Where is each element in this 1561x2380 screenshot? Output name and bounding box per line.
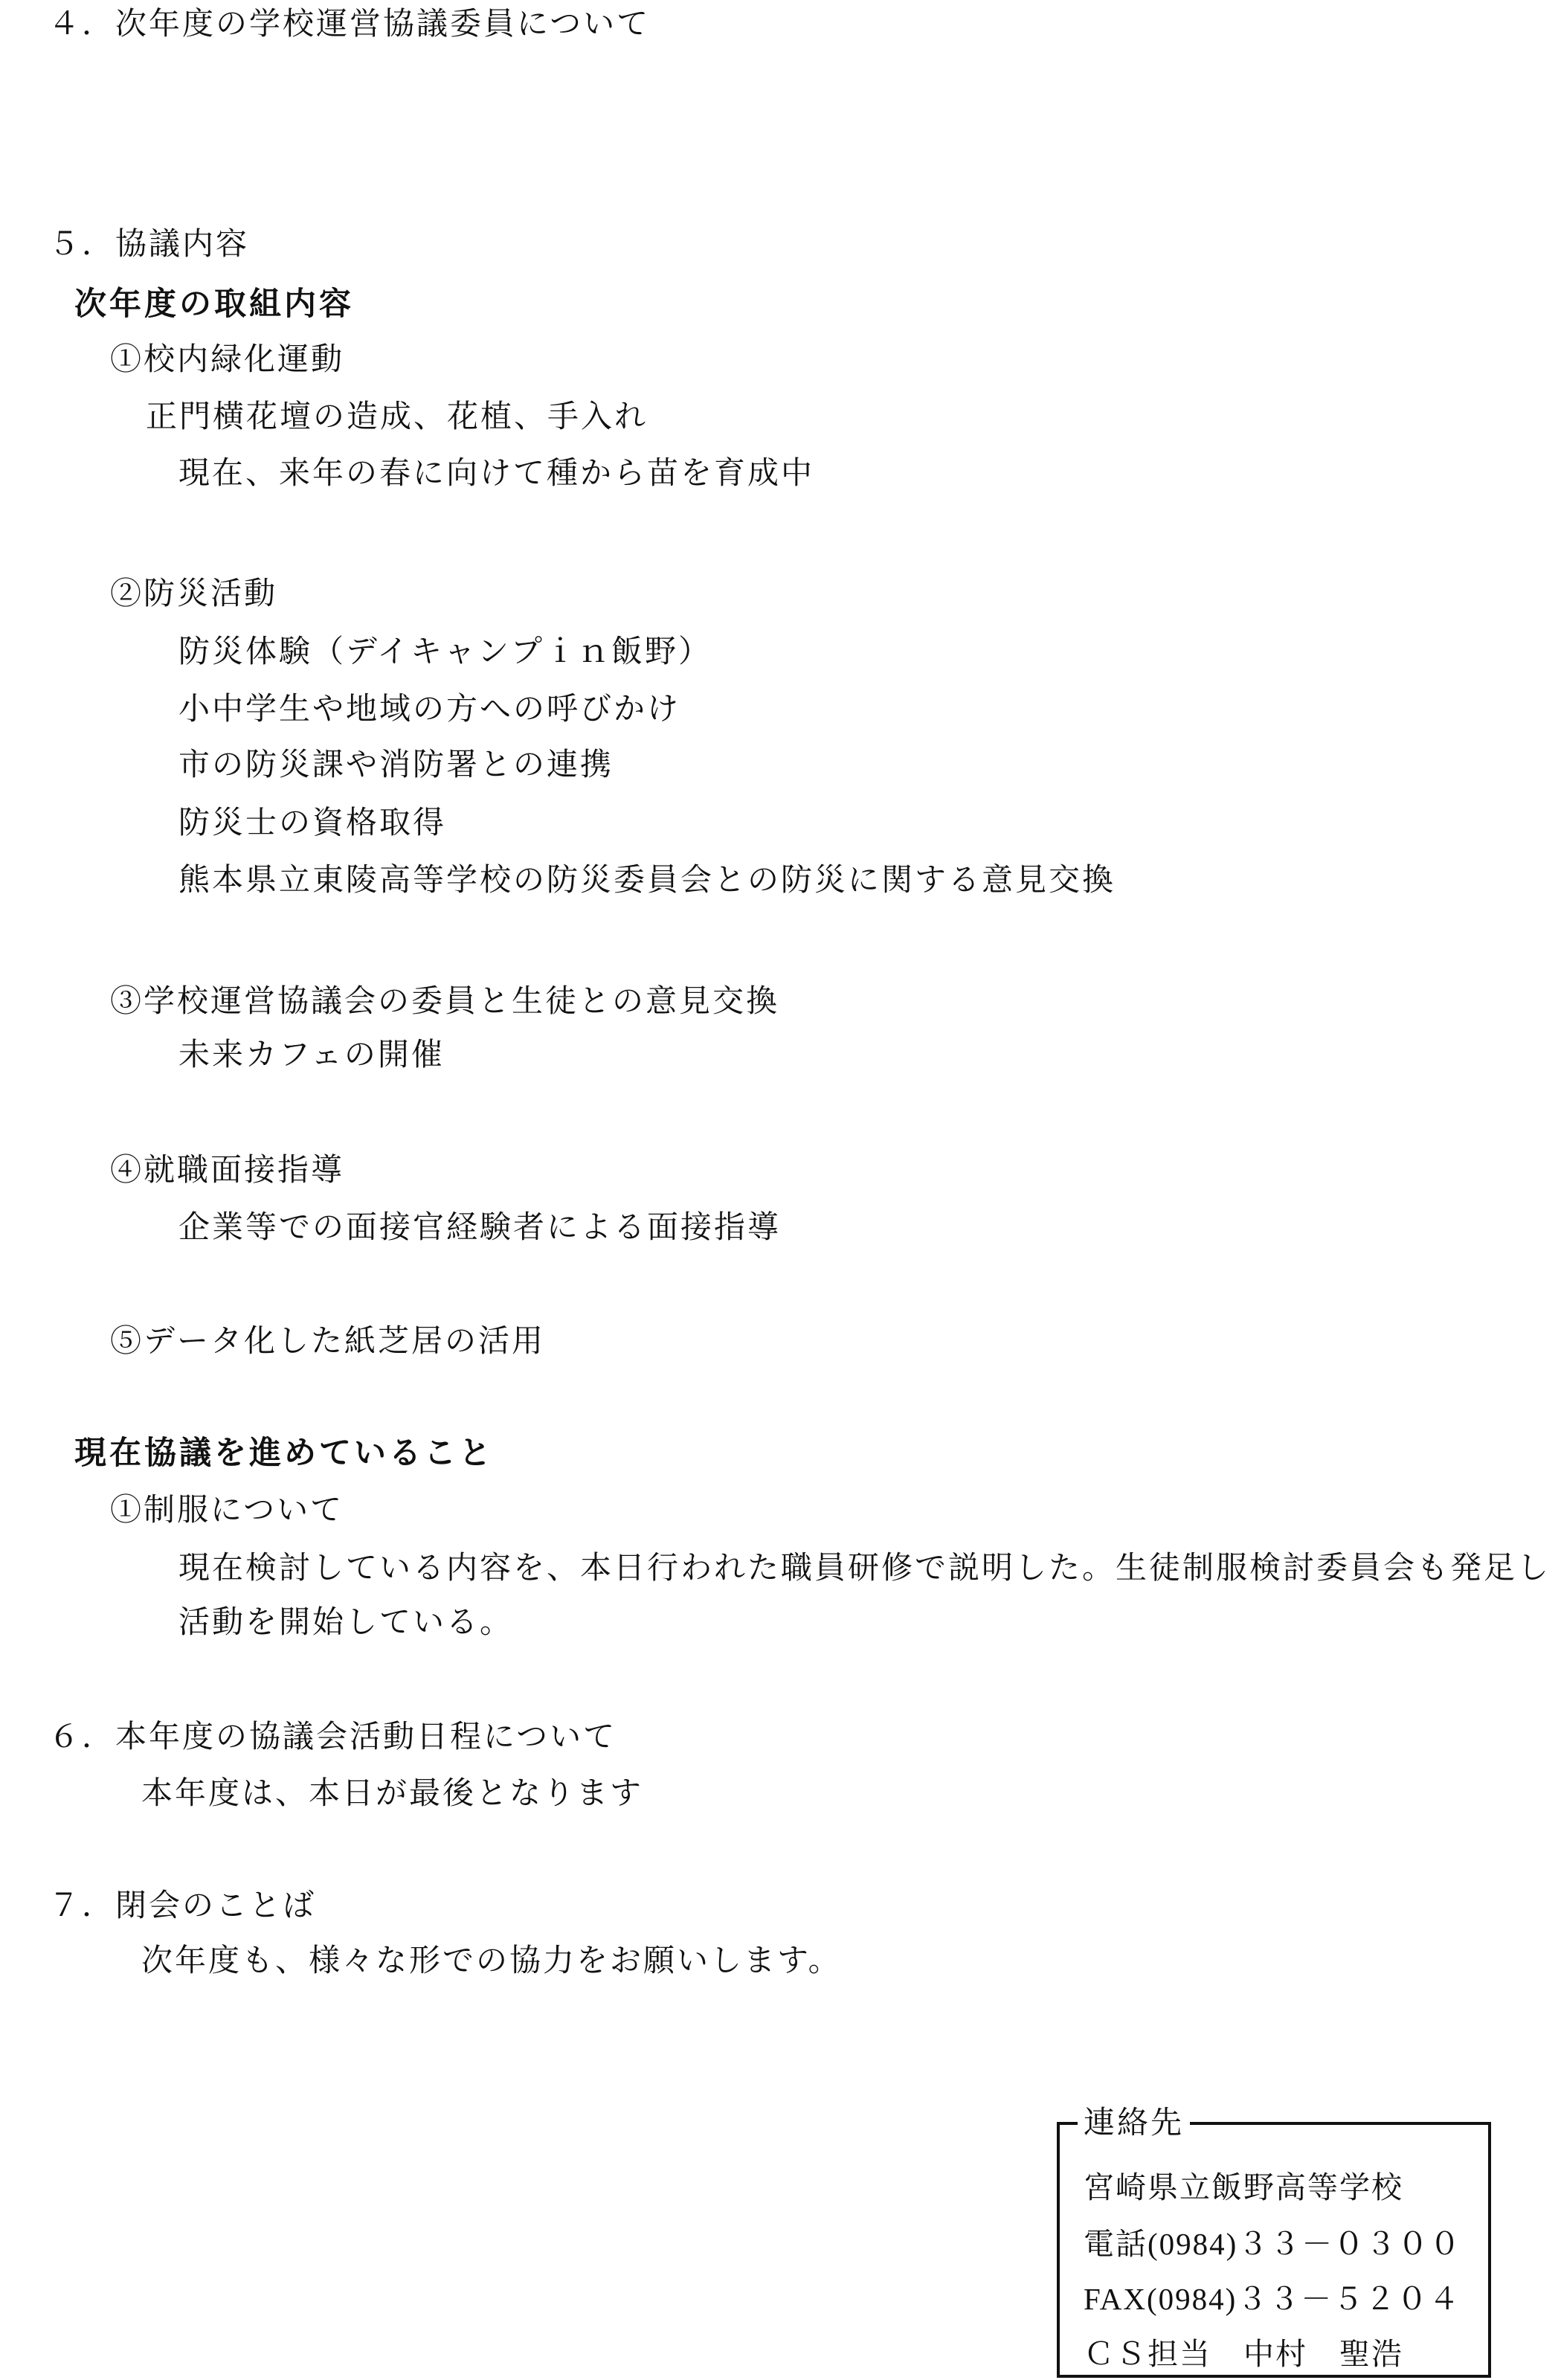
detail-text-line: 現在、来年の春に向けて種から苗を育成中 — [178, 457, 814, 491]
detail-text-line: 次年度も、様々な形での協力をお願いします。 — [141, 1944, 842, 1978]
contact-fax-line: FAX(0984)３３－５２０４ — [1084, 2282, 1461, 2316]
numbered-item-line: ②防災活動 — [110, 577, 277, 611]
section-heading-line: ６．本年度の協議会活動日程について — [48, 1720, 617, 1755]
group-heading-line: 現在協議を進めていること — [74, 1436, 494, 1470]
contact-person-line: ＣＳ担当 中村 聖浩 — [1084, 2337, 1403, 2371]
detail-text-line: 本年度は、本日が最後となります — [141, 1777, 643, 1811]
numbered-item-line: ①校内緑化運動 — [110, 343, 344, 377]
detail-text-line: 小中学生や地域の方への呼びかけ — [178, 692, 680, 727]
contact-info-box: 連絡先 宮崎県立飯野高等学校 電話(0984)３３－０３００ FAX(0984)… — [1057, 2122, 1491, 2378]
contact-box-legend: 連絡先 — [1078, 2106, 1190, 2141]
section-heading-line: ５．協議内容 — [48, 228, 249, 262]
document-page: ４．次年度の学校運営協議委員について５．協議内容次年度の取組内容①校内緑化運動正… — [0, 0, 1561, 2380]
group-heading-line: 次年度の取組内容 — [74, 287, 354, 321]
detail-text-line: 未来カフェの開催 — [178, 1038, 445, 1072]
detail-text-line: 正門横花壇の造成、花植、手入れ — [146, 400, 648, 434]
detail-text-line: 市の防災課や消防署との連携 — [178, 748, 614, 782]
contact-phone-line: 電話(0984)３３－０３００ — [1084, 2227, 1461, 2261]
contact-school-name: 宮崎県立飯野高等学校 — [1084, 2170, 1403, 2204]
numbered-item-line: ④就職面接指導 — [110, 1154, 344, 1188]
detail-text-line: 防災士の資格取得 — [178, 806, 446, 840]
section-heading-line: ７．閉会のことば — [48, 1889, 316, 1923]
detail-text-line: 防災体験（デイキャンプｉｎ飯野） — [178, 635, 712, 669]
numbered-item-line: ③学校運営協議会の委員と生徒との意見交換 — [110, 985, 779, 1019]
detail-text-line: 企業等での面接官経験者による面接指導 — [178, 1211, 781, 1245]
section-heading-line: ４．次年度の学校運営協議委員について — [48, 7, 650, 42]
detail-text-line: 現在検討している内容を、本日行われた職員研修で説明した。生徒制服検討委員会も発足… — [178, 1551, 1551, 1586]
numbered-item-line: ①制服について — [110, 1493, 344, 1528]
detail-text-line: 熊本県立東陵高等学校の防災委員会との防災に関する意見交換 — [178, 863, 1116, 898]
detail-text-line: 活動を開始している。 — [178, 1606, 513, 1640]
numbered-item-line: ⑤データ化した紙芝居の活用 — [110, 1325, 545, 1359]
